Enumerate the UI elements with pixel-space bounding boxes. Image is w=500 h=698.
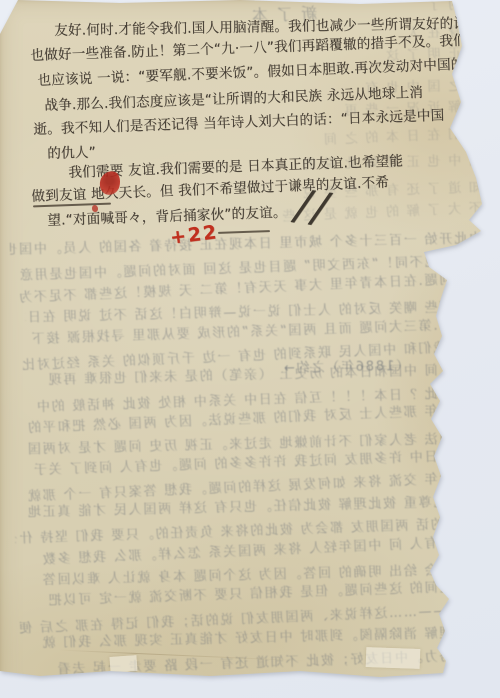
bleedthrough-annotation: （1886年）之约→ (282, 355, 409, 376)
paper-shadow: 新 的 了自 身 在 人中 正 明 了 这三 之 国 中 也 有了 解 近 况 … (0, 0, 500, 698)
end-mark-slashes: // (293, 180, 334, 233)
tape-fragment (366, 647, 421, 669)
scan-background: 新 的 了自 身 在 人中 正 明 了 这三 之 国 中 也 有了 解 近 况 … (0, 0, 500, 698)
handwriting-line: 的仇人” (47, 142, 96, 163)
tape-fragment (109, 655, 137, 673)
red-ink-speck (92, 205, 98, 212)
manuscript-paper: 新 的 了自 身 在 人中 正 明 了 这三 之 国 中 也 有了 解 近 况 … (0, 0, 500, 698)
